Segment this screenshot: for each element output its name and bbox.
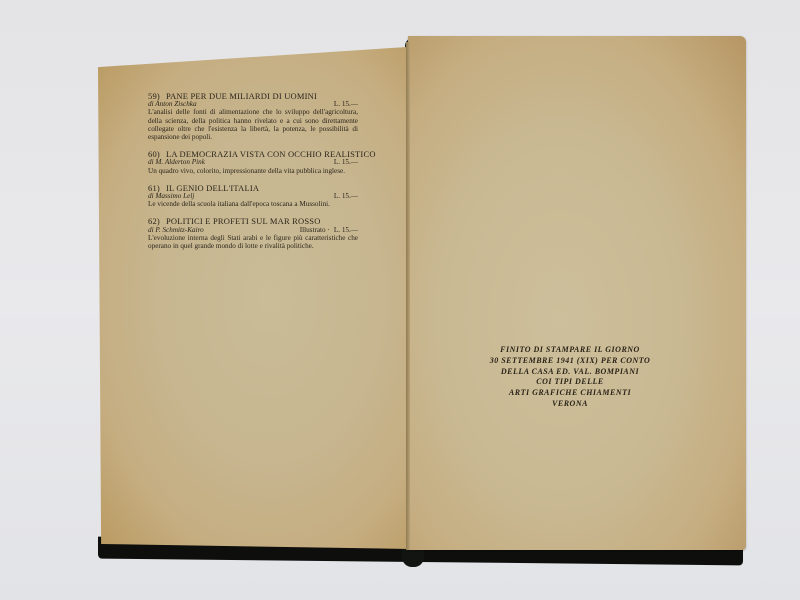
ad-description: L'analisi delle fonti di alimentazione c… (148, 108, 358, 141)
ad-item: 59)PANE PER DUE MILIARDI DI UOMINI di An… (148, 92, 358, 141)
ad-item: 60)LA DEMOCRAZIA VISTA CON OCCHIO REALIS… (148, 150, 358, 175)
ad-description: Le vicende della scuola italiana dall'ep… (148, 200, 358, 208)
ad-author: di Massimo Lelj (148, 192, 194, 200)
ad-price: L. 15.— (334, 226, 358, 234)
ad-price: L. 15.— (334, 192, 358, 200)
ad-description: L'evoluzione interna degli Stati arabi e… (148, 234, 358, 250)
book-gutter (406, 42, 410, 550)
colophon-line: COI TIPI DELLE (475, 377, 665, 388)
colophon-line: VERONA (475, 399, 665, 410)
colophon-line: 30 SETTEMBRE 1941 (XIX) PER CONTO (475, 356, 665, 367)
colophon: FINITO DI STAMPARE IL GIORNO 30 SETTEMBR… (475, 345, 665, 410)
ad-item: 62)POLITICI E PROFETI SUL MAR ROSSO di P… (148, 217, 358, 250)
colophon-line: DELLA CASA ED. VAL. BOMPIANI (475, 367, 665, 378)
colophon-line: FINITO DI STAMPARE IL GIORNO (475, 345, 665, 356)
ad-price: L. 15.— (334, 100, 358, 108)
right-page (408, 36, 746, 550)
ad-price: L. 15.— (334, 158, 358, 166)
ad-illustrated: Illustrato · (300, 226, 330, 234)
colophon-line: ARTI GRAFICHE CHIAMENTI (475, 388, 665, 399)
ad-author: di M. Alderton Pink (148, 158, 205, 166)
ad-author: di Anton Zischka (148, 100, 197, 108)
ad-description: Un quadro vivo, colorito, impressionante… (148, 167, 358, 175)
ad-author: di P. Schmitz-Kairo (148, 226, 204, 234)
ad-item: 61)IL GENIO DELL'ITALIA di Massimo LeljL… (148, 184, 358, 209)
advertisement-list: 59)PANE PER DUE MILIARDI DI UOMINI di An… (148, 92, 358, 259)
